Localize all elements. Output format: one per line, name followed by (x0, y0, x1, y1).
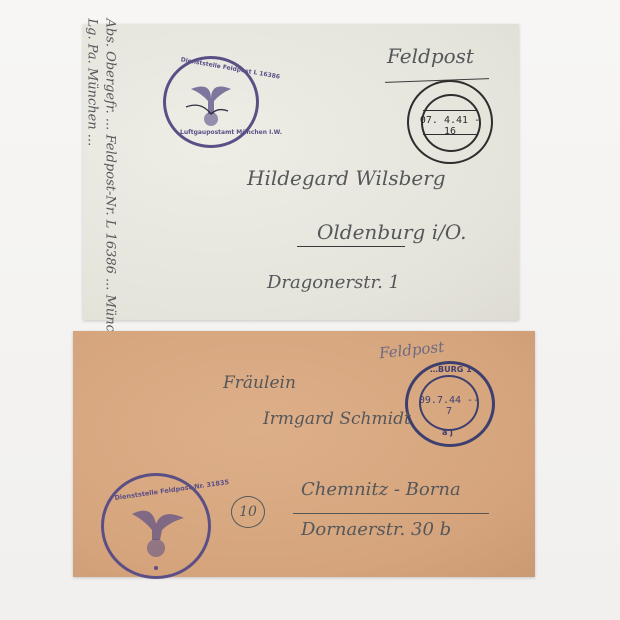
circled-number: 10 (231, 496, 265, 528)
feldpost-label-top: Feldpost (387, 44, 474, 68)
recipient-name-top: Hildegard Wilsberg (247, 166, 446, 190)
salutation: Fräulein (223, 373, 296, 393)
city-underline-bottom (293, 513, 489, 514)
postmark-top-text: …BURG 1 (430, 365, 472, 374)
recipient-city-top: Oldenburg i/O. (317, 220, 466, 244)
recipient-city-bottom: Chemnitz - Borna (301, 479, 461, 500)
feldpost-label-bottom: Feldpost (378, 338, 445, 363)
stamp-lower-text: Luftgaupostamt München I.W. (180, 129, 282, 136)
envelope-bottom: Feldpost …BURG 1 09.7.44 -- 7 a j Fräule… (73, 331, 535, 577)
official-stamp-bottom: Dienststelle Feldpost-Nr. 31835 (101, 473, 211, 579)
postmark-date-top: 07. 4.41 - 16 (419, 115, 481, 137)
city-underline (297, 246, 405, 247)
sender-note-line2: Lg. Pa. München ... (85, 19, 100, 309)
official-stamp-top: Dienststelle Feldpost L 16386 Luftgaupos… (163, 56, 259, 148)
envelope-top: Abs. Obergefr. ... Feldpost-Nr. L 16386 … (83, 24, 519, 320)
recipient-street-bottom: Dornaerstr. 30 b (301, 519, 451, 540)
sender-note: Abs. Obergefr. ... Feldpost-Nr. L 16386 … (103, 19, 118, 309)
postmark-top: 07. 4.41 - 16 (407, 80, 493, 164)
postmark-date-bottom: 09.7.44 -- 7 (416, 395, 482, 417)
postmark-bottom: …BURG 1 09.7.44 -- 7 a j (405, 361, 495, 447)
recipient-street-top: Dragonerstr. 1 (267, 272, 400, 293)
recipient-name-bottom: Irmgard Schmidt (263, 409, 411, 429)
postmark-bottom-text: a j (442, 428, 453, 437)
